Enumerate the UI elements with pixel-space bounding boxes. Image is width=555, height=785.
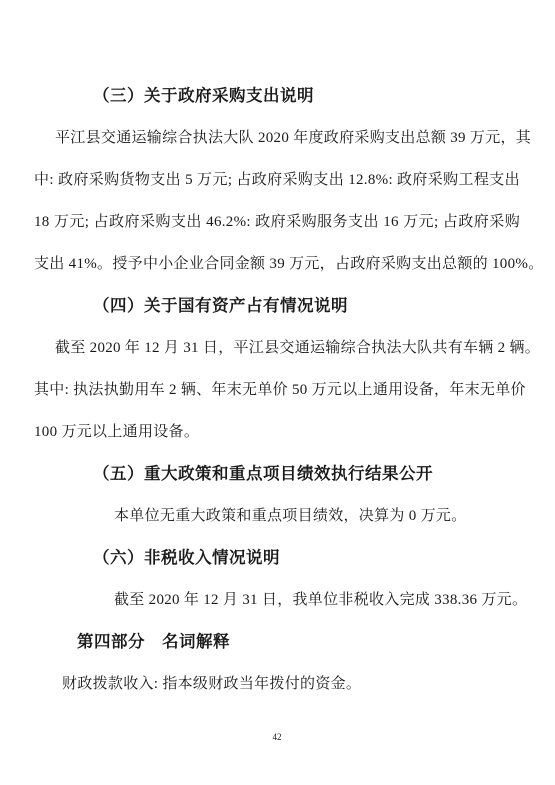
section-3-heading: （三）关于政府采购支出说明 [34,75,520,117]
paragraph-line: 本单位无重大政策和重点项目绩效，决算为 0 万元。 [34,495,520,537]
paragraph-line: 支出 41%。授予中小企业合同金额 39 万元，占政府采购支出总额的 100%。 [34,243,520,285]
document-page: （三）关于政府采购支出说明 平江县交通运输综合执法大队 2020 年度政府采购支… [0,0,555,785]
paragraph-line: 中: 政府采购货物支出 5 万元; 占政府采购支出 12.8%: 政府采购工程支… [34,159,520,201]
paragraph-line: 平江县交通运输综合执法大队 2020 年度政府采购支出总额 39 万元，其 [34,117,520,159]
section-4-heading: （四）关于国有资产占有情况说明 [34,285,520,327]
paragraph-line: 18 万元; 占政府采购支出 46.2%: 政府采购服务支出 16 万元; 占政… [34,201,520,243]
glossary-term-line: 财政拨款收入: 指本级财政当年拨付的资金。 [34,663,520,705]
paragraph-line: 截至 2020 年 12 月 31 日，我单位非税收入完成 338.36 万元。 [34,579,520,621]
paragraph-line: 截至 2020 年 12 月 31 日，平江县交通运输综合执法大队共有车辆 2 … [34,327,520,369]
part-4-heading: 第四部分 名词解释 [34,621,520,663]
page-number: 42 [34,731,520,743]
paragraph-line: 其中: 执法执勤用车 2 辆、年末无单价 50 万元以上通用设备，年末无单价 [34,369,520,411]
section-5-heading: （五）重大政策和重点项目绩效执行结果公开 [34,453,520,495]
paragraph-line: 100 万元以上通用设备。 [34,411,520,453]
section-6-heading: （六）非税收入情况说明 [34,537,520,579]
